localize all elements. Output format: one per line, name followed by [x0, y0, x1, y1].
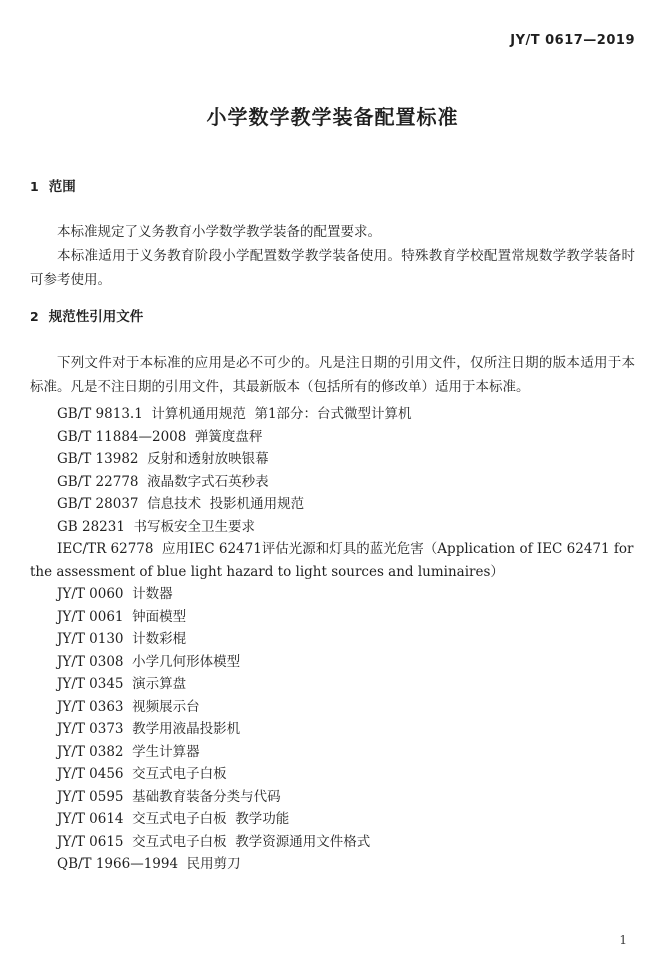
reference-item: IEC/TR 62778 应用IEC 62471评估光源和灯具的蓝光危害（App…: [30, 538, 635, 583]
reference-item: JY/T 0615 交互式电子白板 教学资源通用文件格式: [30, 831, 635, 854]
section-1-number: 1: [30, 178, 39, 196]
reference-item: JY/T 0456 交互式电子白板: [30, 763, 635, 786]
reference-item: GB/T 11884—2008 弹簧度盘秤: [30, 426, 635, 449]
reference-item: GB/T 9813.1 计算机通用规范 第1部分：台式微型计算机: [30, 403, 635, 426]
reference-item: JY/T 0382 学生计算器: [30, 741, 635, 764]
document-title: 小学数学教学装备配置标准: [30, 102, 635, 132]
document-page: JY/T 0617—2019 小学数学教学装备配置标准 1范围 本标准规定了义务…: [0, 0, 665, 979]
reference-item: GB 28231 书写板安全卫生要求: [30, 516, 635, 539]
section-2-number: 2: [30, 308, 39, 326]
reference-item: GB/T 28037 信息技术 投影机通用规范: [30, 493, 635, 516]
reference-item: JY/T 0061 钟面模型: [30, 606, 635, 629]
reference-item: JY/T 0345 演示算盘: [30, 673, 635, 696]
reference-item: JY/T 0595 基础教育装备分类与代码: [30, 786, 635, 809]
reference-item: JY/T 0130 计数彩棍: [30, 628, 635, 651]
paragraph: 本标准规定了义务教育小学数学教学装备的配置要求。: [30, 220, 635, 244]
paragraph: 下列文件对于本标准的应用是必不可少的。凡是注日期的引用文件，仅所注日期的版本适用…: [30, 351, 635, 399]
reference-list: GB/T 9813.1 计算机通用规范 第1部分：台式微型计算机 GB/T 11…: [30, 403, 635, 876]
reference-item: QB/T 1966—1994 民用剪刀: [30, 853, 635, 876]
reference-item: JY/T 0373 教学用液晶投影机: [30, 718, 635, 741]
section-1-title: 范围: [49, 179, 76, 195]
reference-item: GB/T 13982 反射和透射放映银幕: [30, 448, 635, 471]
reference-item: JY/T 0060 计数器: [30, 583, 635, 606]
reference-item: JY/T 0363 视频展示台: [30, 696, 635, 719]
paragraph: 本标准适用于义务教育阶段小学配置数学教学装备使用。特殊教育学校配置常规数学教学装…: [30, 244, 635, 292]
section-2-title: 规范性引用文件: [49, 309, 144, 325]
section-normative-references: 2规范性引用文件 下列文件对于本标准的应用是必不可少的。凡是注日期的引用文件，仅…: [30, 308, 635, 876]
section-scope: 1范围 本标准规定了义务教育小学数学教学装备的配置要求。 本标准适用于义务教育阶…: [30, 178, 635, 292]
section-1-heading: 1范围: [30, 178, 635, 196]
reference-item: JY/T 0614 交互式电子白板 教学功能: [30, 808, 635, 831]
standard-number: JY/T 0617—2019: [30, 0, 635, 49]
reference-item: GB/T 22778 液晶数字式石英秒表: [30, 471, 635, 494]
section-2-heading: 2规范性引用文件: [30, 308, 635, 326]
reference-item: JY/T 0308 小学几何形体模型: [30, 651, 635, 674]
page-number: 1: [619, 933, 627, 947]
